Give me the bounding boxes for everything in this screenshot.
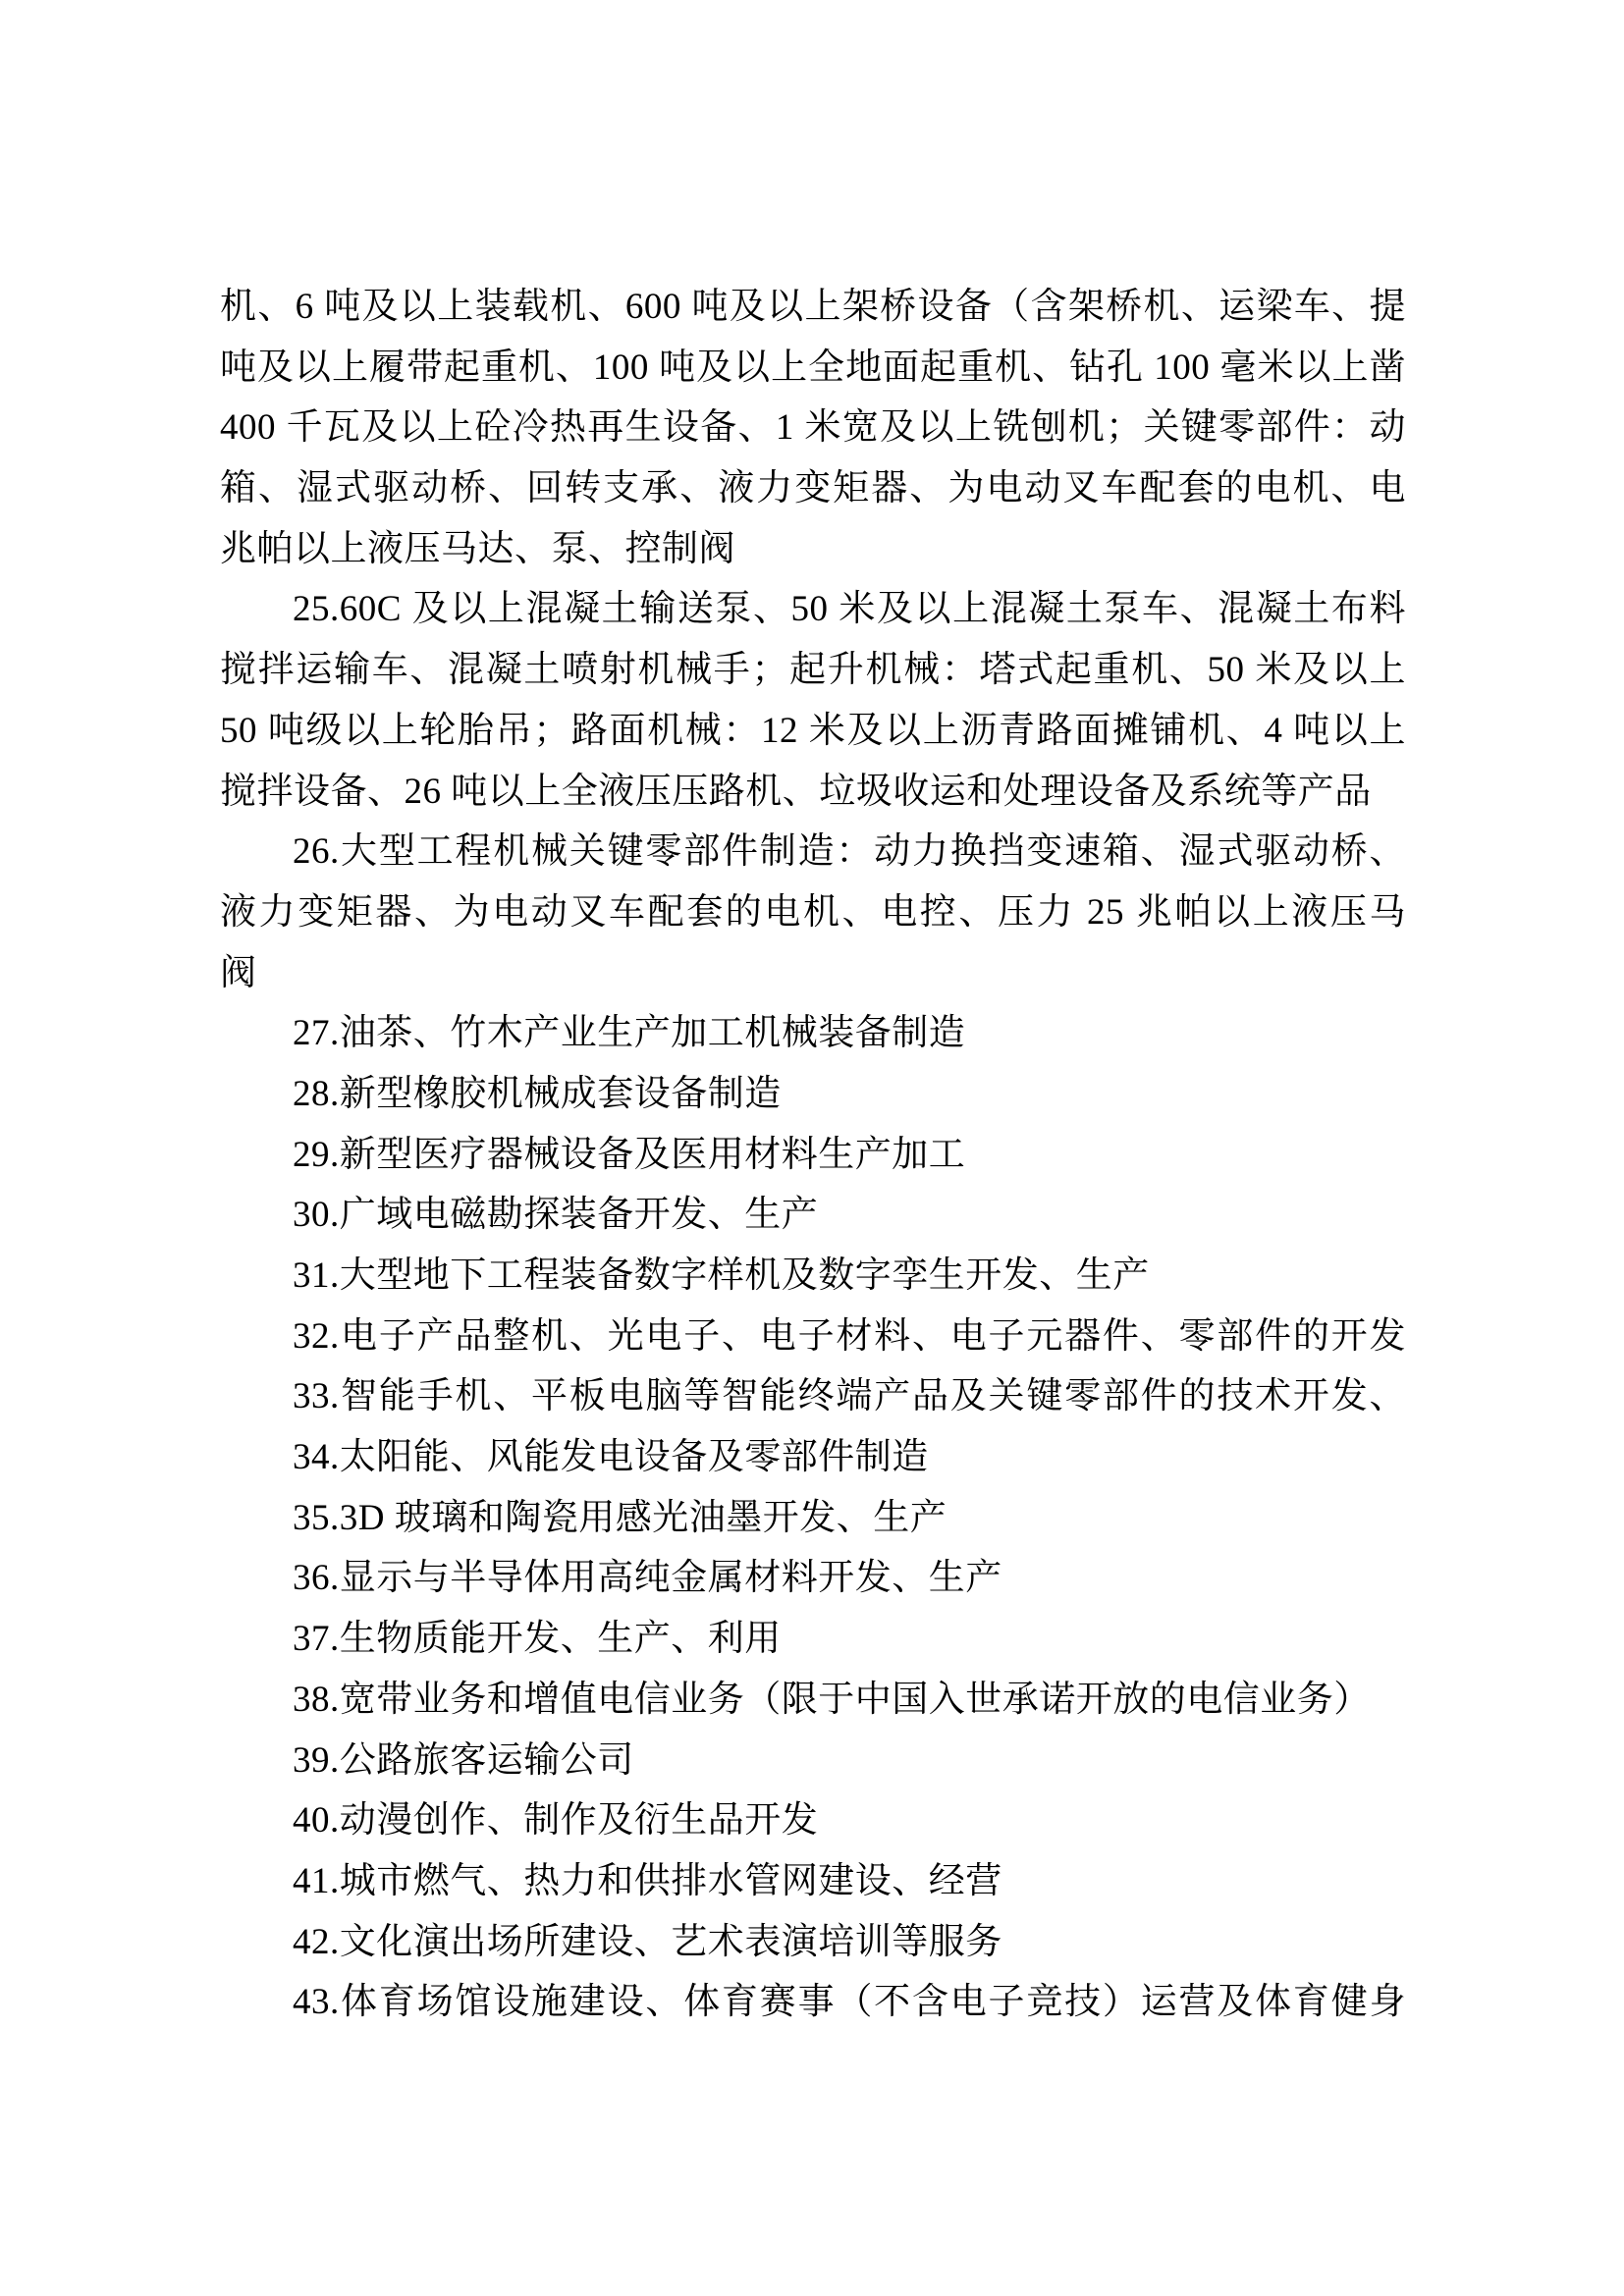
text-line: 50 吨级以上轮胎吊；路面机械：12 米及以上沥青路面摊铺机、4 吨以上沥青混凝… bbox=[220, 701, 1406, 762]
text-line: 42.文化演出场所建设、艺术表演培训等服务 bbox=[220, 1912, 1406, 1973]
text-line: 43.体育场馆设施建设、体育赛事（不含电子竞技）运营及体育健身休闲服务 bbox=[220, 1972, 1406, 2033]
item-41: 41.城市燃气、热力和供排水管网建设、经营 bbox=[220, 1851, 1406, 1912]
text-line: 26.大型工程机械关键零部件制造：动力换挡变速箱、湿式驱动桥、回转支承、 bbox=[220, 822, 1406, 882]
text-line: 箱、湿式驱动桥、回转支承、液力变矩器、为电动叉车配套的电机、电控、压力 25 bbox=[220, 458, 1406, 519]
item-38: 38.宽带业务和增值电信业务（限于中国入世承诺开放的电信业务） bbox=[220, 1670, 1406, 1731]
text-line: 36.显示与半导体用高纯金属材料开发、生产 bbox=[220, 1548, 1406, 1609]
item-35: 35.3D 玻璃和陶瓷用感光油墨开发、生产 bbox=[220, 1488, 1406, 1549]
item-25: 25.60C 及以上混凝土输送泵、50 米及以上混凝土泵车、混凝土布料机、混凝土… bbox=[220, 579, 1406, 822]
item-33: 33.智能手机、平板电脑等智能终端产品及关键零部件的技术开发、生产 bbox=[220, 1366, 1406, 1427]
text-line: 液力变矩器、为电动叉车配套的电机、电控、压力 25 兆帕以上液压马达、泵、控制 bbox=[220, 882, 1406, 943]
document-page: 机、6 吨及以上装载机、600 吨及以上架桥设备（含架桥机、运梁车、提梁机）、4… bbox=[0, 0, 1624, 2296]
item-39: 39.公路旅客运输公司 bbox=[220, 1731, 1406, 1791]
text-line: 搅拌设备、26 吨以上全液压压路机、垃圾收运和处理设备及系统等产品 bbox=[220, 762, 1406, 823]
text-line: 兆帕以上液压马达、泵、控制阀 bbox=[220, 519, 1406, 580]
text-line: 35.3D 玻璃和陶瓷用感光油墨开发、生产 bbox=[220, 1488, 1406, 1549]
text-line: 28.新型橡胶机械成套设备制造 bbox=[220, 1064, 1406, 1125]
item-27: 27.油茶、竹木产业生产加工机械装备制造 bbox=[220, 1003, 1406, 1064]
item-26: 26.大型工程机械关键零部件制造：动力换挡变速箱、湿式驱动桥、回转支承、液力变矩… bbox=[220, 822, 1406, 1003]
text-line: 37.生物质能开发、生产、利用 bbox=[220, 1609, 1406, 1670]
item-32: 32.电子产品整机、光电子、电子材料、电子元器件、零部件的开发和制造 bbox=[220, 1307, 1406, 1367]
text-line: 32.电子产品整机、光电子、电子材料、电子元器件、零部件的开发和制造 bbox=[220, 1307, 1406, 1367]
text-line: 33.智能手机、平板电脑等智能终端产品及关键零部件的技术开发、生产 bbox=[220, 1366, 1406, 1427]
text-line: 400 千瓦及以上砼冷热再生设备、1 米宽及以上铣刨机；关键零部件：动力换挡变速 bbox=[220, 398, 1406, 458]
text-line: 38.宽带业务和增值电信业务（限于中国入世承诺开放的电信业务） bbox=[220, 1670, 1406, 1731]
item-40: 40.动漫创作、制作及衍生品开发 bbox=[220, 1790, 1406, 1851]
text-line: 机、6 吨及以上装载机、600 吨及以上架桥设备（含架桥机、运梁车、提梁机）、4… bbox=[220, 277, 1406, 338]
item-29: 29.新型医疗器械设备及医用材料生产加工 bbox=[220, 1125, 1406, 1186]
text-line: 阀 bbox=[220, 943, 1406, 1004]
text-line: 41.城市燃气、热力和供排水管网建设、经营 bbox=[220, 1851, 1406, 1912]
item-37: 37.生物质能开发、生产、利用 bbox=[220, 1609, 1406, 1670]
text-line: 29.新型医疗器械设备及医用材料生产加工 bbox=[220, 1125, 1406, 1186]
text-line: 30.广域电磁勘探装备开发、生产 bbox=[220, 1185, 1406, 1246]
text-line: 25.60C 及以上混凝土输送泵、50 米及以上混凝土泵车、混凝土布料机、混凝土 bbox=[220, 579, 1406, 640]
item-30: 30.广域电磁勘探装备开发、生产 bbox=[220, 1185, 1406, 1246]
item-24-continuation: 机、6 吨及以上装载机、600 吨及以上架桥设备（含架桥机、运梁车、提梁机）、4… bbox=[220, 277, 1406, 579]
text-line: 40.动漫创作、制作及衍生品开发 bbox=[220, 1790, 1406, 1851]
text-line: 31.大型地下工程装备数字样机及数字孪生开发、生产 bbox=[220, 1246, 1406, 1307]
document-content: 机、6 吨及以上装载机、600 吨及以上架桥设备（含架桥机、运梁车、提梁机）、4… bbox=[220, 277, 1406, 2033]
text-line: 34.太阳能、风能发电设备及零部件制造 bbox=[220, 1427, 1406, 1488]
text-line: 39.公路旅客运输公司 bbox=[220, 1731, 1406, 1791]
item-42: 42.文化演出场所建设、艺术表演培训等服务 bbox=[220, 1912, 1406, 1973]
item-36: 36.显示与半导体用高纯金属材料开发、生产 bbox=[220, 1548, 1406, 1609]
text-line: 吨及以上履带起重机、100 吨及以上全地面起重机、钻孔 100 毫米以上凿岩台车… bbox=[220, 338, 1406, 399]
text-line: 27.油茶、竹木产业生产加工机械装备制造 bbox=[220, 1003, 1406, 1064]
item-43: 43.体育场馆设施建设、体育赛事（不含电子竞技）运营及体育健身休闲服务 bbox=[220, 1972, 1406, 2033]
item-34: 34.太阳能、风能发电设备及零部件制造 bbox=[220, 1427, 1406, 1488]
item-31: 31.大型地下工程装备数字样机及数字孪生开发、生产 bbox=[220, 1246, 1406, 1307]
text-line: 搅拌运输车、混凝土喷射机械手；起升机械：塔式起重机、50 米及以上高空作业车、 bbox=[220, 640, 1406, 701]
item-28: 28.新型橡胶机械成套设备制造 bbox=[220, 1064, 1406, 1125]
